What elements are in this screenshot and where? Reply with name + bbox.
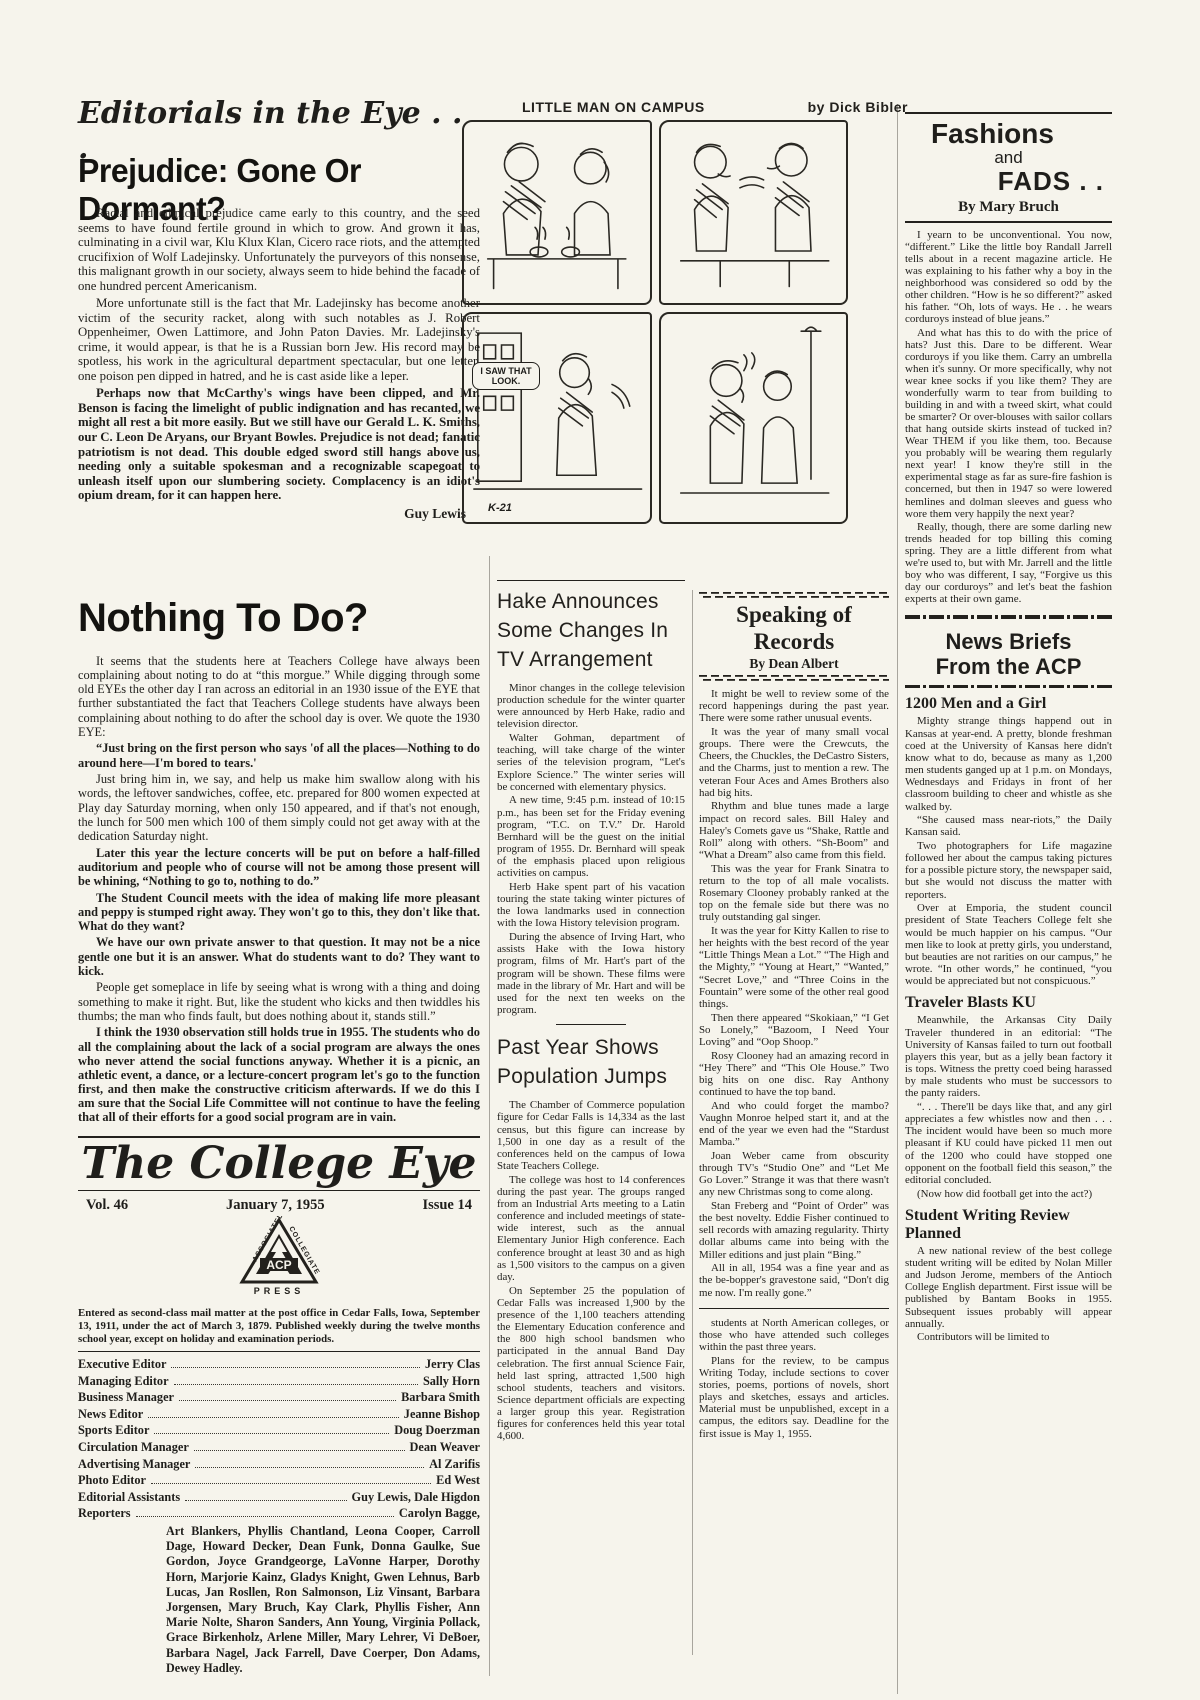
- deco-rule: [905, 685, 1112, 689]
- staff-row: Reporters Carolyn Bagge,: [78, 1505, 480, 1522]
- masthead-title: The College Eye: [78, 1138, 480, 1190]
- comic-panel: I SAW THAT LOOK. K-21: [462, 312, 652, 524]
- paragraph: More unfortunate still is the fact that …: [78, 296, 480, 384]
- svg-text:PRESS: PRESS: [254, 1286, 305, 1296]
- records-rule-bottom: [699, 675, 889, 681]
- paragraph: I yearn to be unconventional. You now, “…: [905, 229, 1112, 325]
- prejudice-signature: Guy Lewis: [78, 507, 480, 522]
- masthead-rule-bottom: [78, 1351, 480, 1352]
- staff-row: Advertising Manager Al Zarifis: [78, 1456, 480, 1473]
- staff-role: Executive Editor: [78, 1356, 166, 1373]
- staff-name: Guy Lewis, Dale Higdon: [352, 1489, 480, 1506]
- paragraph: Rosy Clooney had an amazing record in “H…: [699, 1050, 889, 1099]
- staff-name: Al Zarifis: [429, 1456, 480, 1473]
- brief-body: Meanwhile, the Arkansas City Daily Trave…: [905, 1014, 1112, 1199]
- prejudice-article: Racial and ethnical prejudice came early…: [78, 206, 480, 584]
- paragraph: The Student Council meets with the idea …: [78, 891, 480, 933]
- staff-row: Sports Editor Doug Doerzman: [78, 1422, 480, 1439]
- staff-name: Barbara Smith: [401, 1389, 480, 1406]
- tv-article: Minor changes in the college television …: [497, 682, 685, 1016]
- paragraph: All in all, 1954 was a fine year and as …: [699, 1262, 889, 1298]
- paragraph: It was the year for Kitty Kallen to rise…: [699, 925, 889, 1010]
- paragraph: Minor changes in the college television …: [497, 682, 685, 731]
- paragraph: “Just bring on the first person who says…: [78, 741, 480, 769]
- brief-body: Mighty strange things happend out in Kan…: [905, 715, 1112, 987]
- newspaper-page: Editorials in the Eye . . . Prejudice: G…: [0, 0, 1200, 1700]
- paragraph: “She caused mass near-riots,” the Daily …: [905, 814, 1112, 838]
- staff-role: Circulation Manager: [78, 1439, 189, 1456]
- staff-name: Carolyn Bagge,: [399, 1505, 480, 1522]
- records-rule-top: [699, 592, 889, 598]
- tv-rule: [497, 580, 685, 581]
- paragraph: Stan Freberg and “Point of Order” was th…: [699, 1200, 889, 1261]
- paragraph: Plans for the review, to be campus Writi…: [699, 1355, 889, 1440]
- comic-panel-art: [464, 122, 650, 303]
- fashions-header: Fashions and FADS . . By Mary Bruch: [905, 114, 1112, 216]
- staff-list: Executive Editor Jerry Clas Managing Edi…: [78, 1356, 480, 1522]
- staff-leader: [194, 1450, 405, 1451]
- acp-logo: ACP MEMBER ASSOCIATED COLLEGIATE PRESS: [78, 1216, 480, 1303]
- paragraph: This was the year for Frank Sinatra to r…: [699, 863, 889, 924]
- prejudice-paragraphs: Racial and ethnical prejudice came early…: [78, 206, 480, 503]
- tv-headline-line: Some Changes In: [497, 616, 685, 645]
- nothing-headline: Nothing To Do?: [78, 596, 480, 641]
- staff-leader: [174, 1384, 418, 1385]
- comic-panel: [659, 120, 849, 305]
- paragraph: A new time, 9:45 p.m. instead of 10:15 p…: [497, 794, 685, 879]
- column-rule: [489, 556, 490, 1676]
- comic-panel: [659, 312, 849, 524]
- staff-row: Editorial Assistants Guy Lewis, Dale Hig…: [78, 1489, 480, 1506]
- paragraph: Later this year the lecture concerts wil…: [78, 846, 480, 888]
- masthead: The College Eye Vol. 46 January 7, 1955 …: [78, 1136, 480, 1676]
- brief-heading: Traveler Blasts KU: [905, 994, 1112, 1012]
- issue-date: January 7, 1955: [226, 1197, 325, 1214]
- staff-name: Ed West: [436, 1472, 480, 1489]
- column-rule: [897, 104, 898, 1694]
- staff-role: Editorial Assistants: [78, 1489, 180, 1506]
- volume-number: Vol. 46: [86, 1197, 128, 1214]
- brief-heading: 1200 Men and a Girl: [905, 695, 1112, 713]
- staff-name: Sally Horn: [423, 1373, 480, 1390]
- staff-role: Sports Editor: [78, 1422, 149, 1439]
- paragraph: It seems that the students here at Teach…: [78, 654, 480, 739]
- column-rule: [692, 590, 693, 1655]
- paragraph: On September 25 the population of Cedar …: [497, 1285, 685, 1443]
- staff-leader: [154, 1433, 389, 1434]
- paragraph: The college was host to 14 conferences d…: [497, 1174, 685, 1283]
- staff-leader: [185, 1500, 346, 1501]
- staff-leader: [195, 1467, 424, 1468]
- population-headline-line: Population Jumps: [497, 1062, 685, 1091]
- brief-heading: Student Writing Review Planned: [905, 1207, 1112, 1243]
- records-title: Speaking of Records: [699, 601, 889, 655]
- paragraph: (Now how did football get into the act?): [905, 1188, 1112, 1200]
- column-tv: Hake Announces Some Changes In TV Arrang…: [497, 580, 685, 1444]
- paragraph: We have our own private answer to that q…: [78, 935, 480, 977]
- paragraph: And who could forget the mambo? Vaughn M…: [699, 1100, 889, 1149]
- population-article: The Chamber of Commerce population figur…: [497, 1099, 685, 1442]
- staff-leader: [136, 1516, 394, 1517]
- paragraph: Racial and ethnical prejudice came early…: [78, 206, 480, 294]
- paragraph: Rhythm and blue tunes made a large impac…: [699, 800, 889, 861]
- paragraph: It might be well to review some of the r…: [699, 688, 889, 724]
- comic-strip: I SAW THAT LOOK. K-21: [462, 120, 848, 524]
- paragraph: People get someplace in life by seeing w…: [78, 980, 480, 1022]
- speech-bubble: I SAW THAT LOOK.: [472, 362, 540, 390]
- brief-section-writing-review: Student Writing Review Planned A new nat…: [905, 1207, 1112, 1344]
- comic-panel-art: [464, 314, 650, 522]
- staff-leader: [151, 1483, 431, 1484]
- tv-headline-line: Hake Announces: [497, 587, 685, 616]
- paragraph: And what has this to do with the price o…: [905, 327, 1112, 520]
- staff-role: Business Manager: [78, 1389, 174, 1406]
- comic-header: LITTLE MAN ON CAMPUS by Dick Bibler: [462, 99, 926, 115]
- paragraph: I think the 1930 observation still holds…: [78, 1025, 480, 1124]
- fashions-title-line1: Fashions: [905, 119, 1112, 149]
- staff-role: Advertising Manager: [78, 1456, 190, 1473]
- staff-leader: [171, 1367, 420, 1368]
- paragraph: Then there appeared “Skokiaan,” “I Get S…: [699, 1012, 889, 1048]
- staff-row: Managing Editor Sally Horn: [78, 1373, 480, 1390]
- paragraph: Just bring him in, we say, and help us m…: [78, 772, 480, 843]
- paragraph: Contributors will be limited to: [905, 1331, 1112, 1343]
- staff-role: Managing Editor: [78, 1373, 169, 1390]
- paragraph: Joan Weber came from obscurity through T…: [699, 1150, 889, 1199]
- staff-role: News Editor: [78, 1406, 143, 1423]
- paragraph: Herb Hake spent part of his vacation tou…: [497, 881, 685, 930]
- paragraph: students at North American colleges, or …: [699, 1317, 889, 1353]
- staff-row: News Editor Jeanne Bishop: [78, 1406, 480, 1423]
- deco-rule: [905, 615, 1112, 619]
- fashions-title-line3: FADS . .: [905, 167, 1112, 195]
- records-end-rule: [699, 1308, 889, 1309]
- news-briefs-header: News Briefs From the ACP: [905, 629, 1112, 679]
- masthead-volume-row: Vol. 46 January 7, 1955 Issue 14: [78, 1191, 480, 1216]
- svg-text:MEMBER: MEMBER: [262, 1274, 296, 1280]
- comic-byline: by Dick Bibler: [808, 99, 908, 115]
- writing-review-continuation: students at North American colleges, or …: [699, 1317, 889, 1440]
- staff-name: Doug Doerzman: [394, 1422, 480, 1439]
- fashions-article: I yearn to be unconventional. You now, “…: [905, 229, 1112, 605]
- paragraph: Really, though, there are some darling n…: [905, 521, 1112, 605]
- brief-body: A new national review of the best colleg…: [905, 1245, 1112, 1344]
- svg-text:ACP: ACP: [266, 1258, 291, 1272]
- staff-role: Photo Editor: [78, 1472, 146, 1489]
- paragraph: “. . . There'll be days like that, and a…: [905, 1101, 1112, 1186]
- artist-signature: K-21: [488, 502, 512, 514]
- brief-section-traveler: Traveler Blasts KU Meanwhile, the Arkans…: [905, 994, 1112, 1199]
- paragraph: It was the year of many small vocal grou…: [699, 726, 889, 799]
- fashions-byline: By Mary Bruch: [905, 199, 1112, 216]
- nothing-paragraphs: It seems that the students here at Teach…: [78, 654, 480, 1125]
- staff-row: Circulation Manager Dean Weaver: [78, 1439, 480, 1456]
- paragraph: Two photographers for Life magazine foll…: [905, 840, 1112, 901]
- reporters-list: Art Blankers, Phyllis Chantland, Leona C…: [78, 1524, 480, 1676]
- section-divider: [556, 1024, 626, 1025]
- population-headline: Past Year Shows Population Jumps: [497, 1033, 685, 1091]
- news-briefs-header-line: From the ACP: [905, 654, 1112, 679]
- column-right: Fashions and FADS . . By Mary Bruch I ye…: [905, 112, 1112, 1694]
- paragraph: Walter Gohman, department of teaching, w…: [497, 732, 685, 793]
- staff-row: Executive Editor Jerry Clas: [78, 1356, 480, 1373]
- speech-bubble-text: I SAW THAT LOOK.: [480, 366, 531, 386]
- paragraph: Over at Emporia, the student council pre…: [905, 902, 1112, 987]
- staff-name: Jeanne Bishop: [404, 1406, 480, 1423]
- staff-leader: [179, 1400, 396, 1401]
- tv-headline-line: TV Arrangement: [497, 645, 685, 674]
- paragraph: Mighty strange things happend out in Kan…: [905, 715, 1112, 812]
- news-briefs-header-line: News Briefs: [905, 629, 1112, 654]
- staff-name: Jerry Clas: [425, 1356, 480, 1373]
- staff-leader: [148, 1417, 399, 1418]
- tv-headline: Hake Announces Some Changes In TV Arrang…: [497, 587, 685, 674]
- entered-notice: Entered as second-class mail matter at t…: [78, 1307, 480, 1346]
- brief-section-1200-men: 1200 Men and a Girl Mighty strange thing…: [905, 695, 1112, 987]
- comic-panel-art: [661, 122, 847, 303]
- staff-role: Reporters: [78, 1505, 131, 1522]
- comic-panel-art: [661, 314, 847, 522]
- comic-panel: [462, 120, 652, 305]
- comic-title: LITTLE MAN ON CAMPUS: [522, 99, 705, 115]
- records-article: It might be well to review some of the r…: [699, 688, 889, 1299]
- fashions-title-line2: and: [905, 149, 1112, 167]
- issue-number: Issue 14: [422, 1197, 472, 1214]
- paragraph: Perhaps now that McCarthy's wings have b…: [78, 386, 480, 503]
- staff-row: Photo Editor Ed West: [78, 1472, 480, 1489]
- paragraph: Meanwhile, the Arkansas City Daily Trave…: [905, 1014, 1112, 1099]
- population-headline-line: Past Year Shows: [497, 1033, 685, 1062]
- paragraph: During the absence of Irving Hart, who a…: [497, 931, 685, 1016]
- nothing-article: It seems that the students here at Teach…: [78, 654, 480, 1128]
- paragraph: A new national review of the best colleg…: [905, 1245, 1112, 1330]
- records-byline: By Dean Albert: [699, 656, 889, 672]
- paragraph: The Chamber of Commerce population figur…: [497, 1099, 685, 1172]
- staff-name: Dean Weaver: [410, 1439, 480, 1456]
- staff-row: Business Manager Barbara Smith: [78, 1389, 480, 1406]
- column-records: Speaking of Records By Dean Albert It mi…: [699, 592, 889, 1441]
- fashions-rule-bottom: [905, 221, 1112, 223]
